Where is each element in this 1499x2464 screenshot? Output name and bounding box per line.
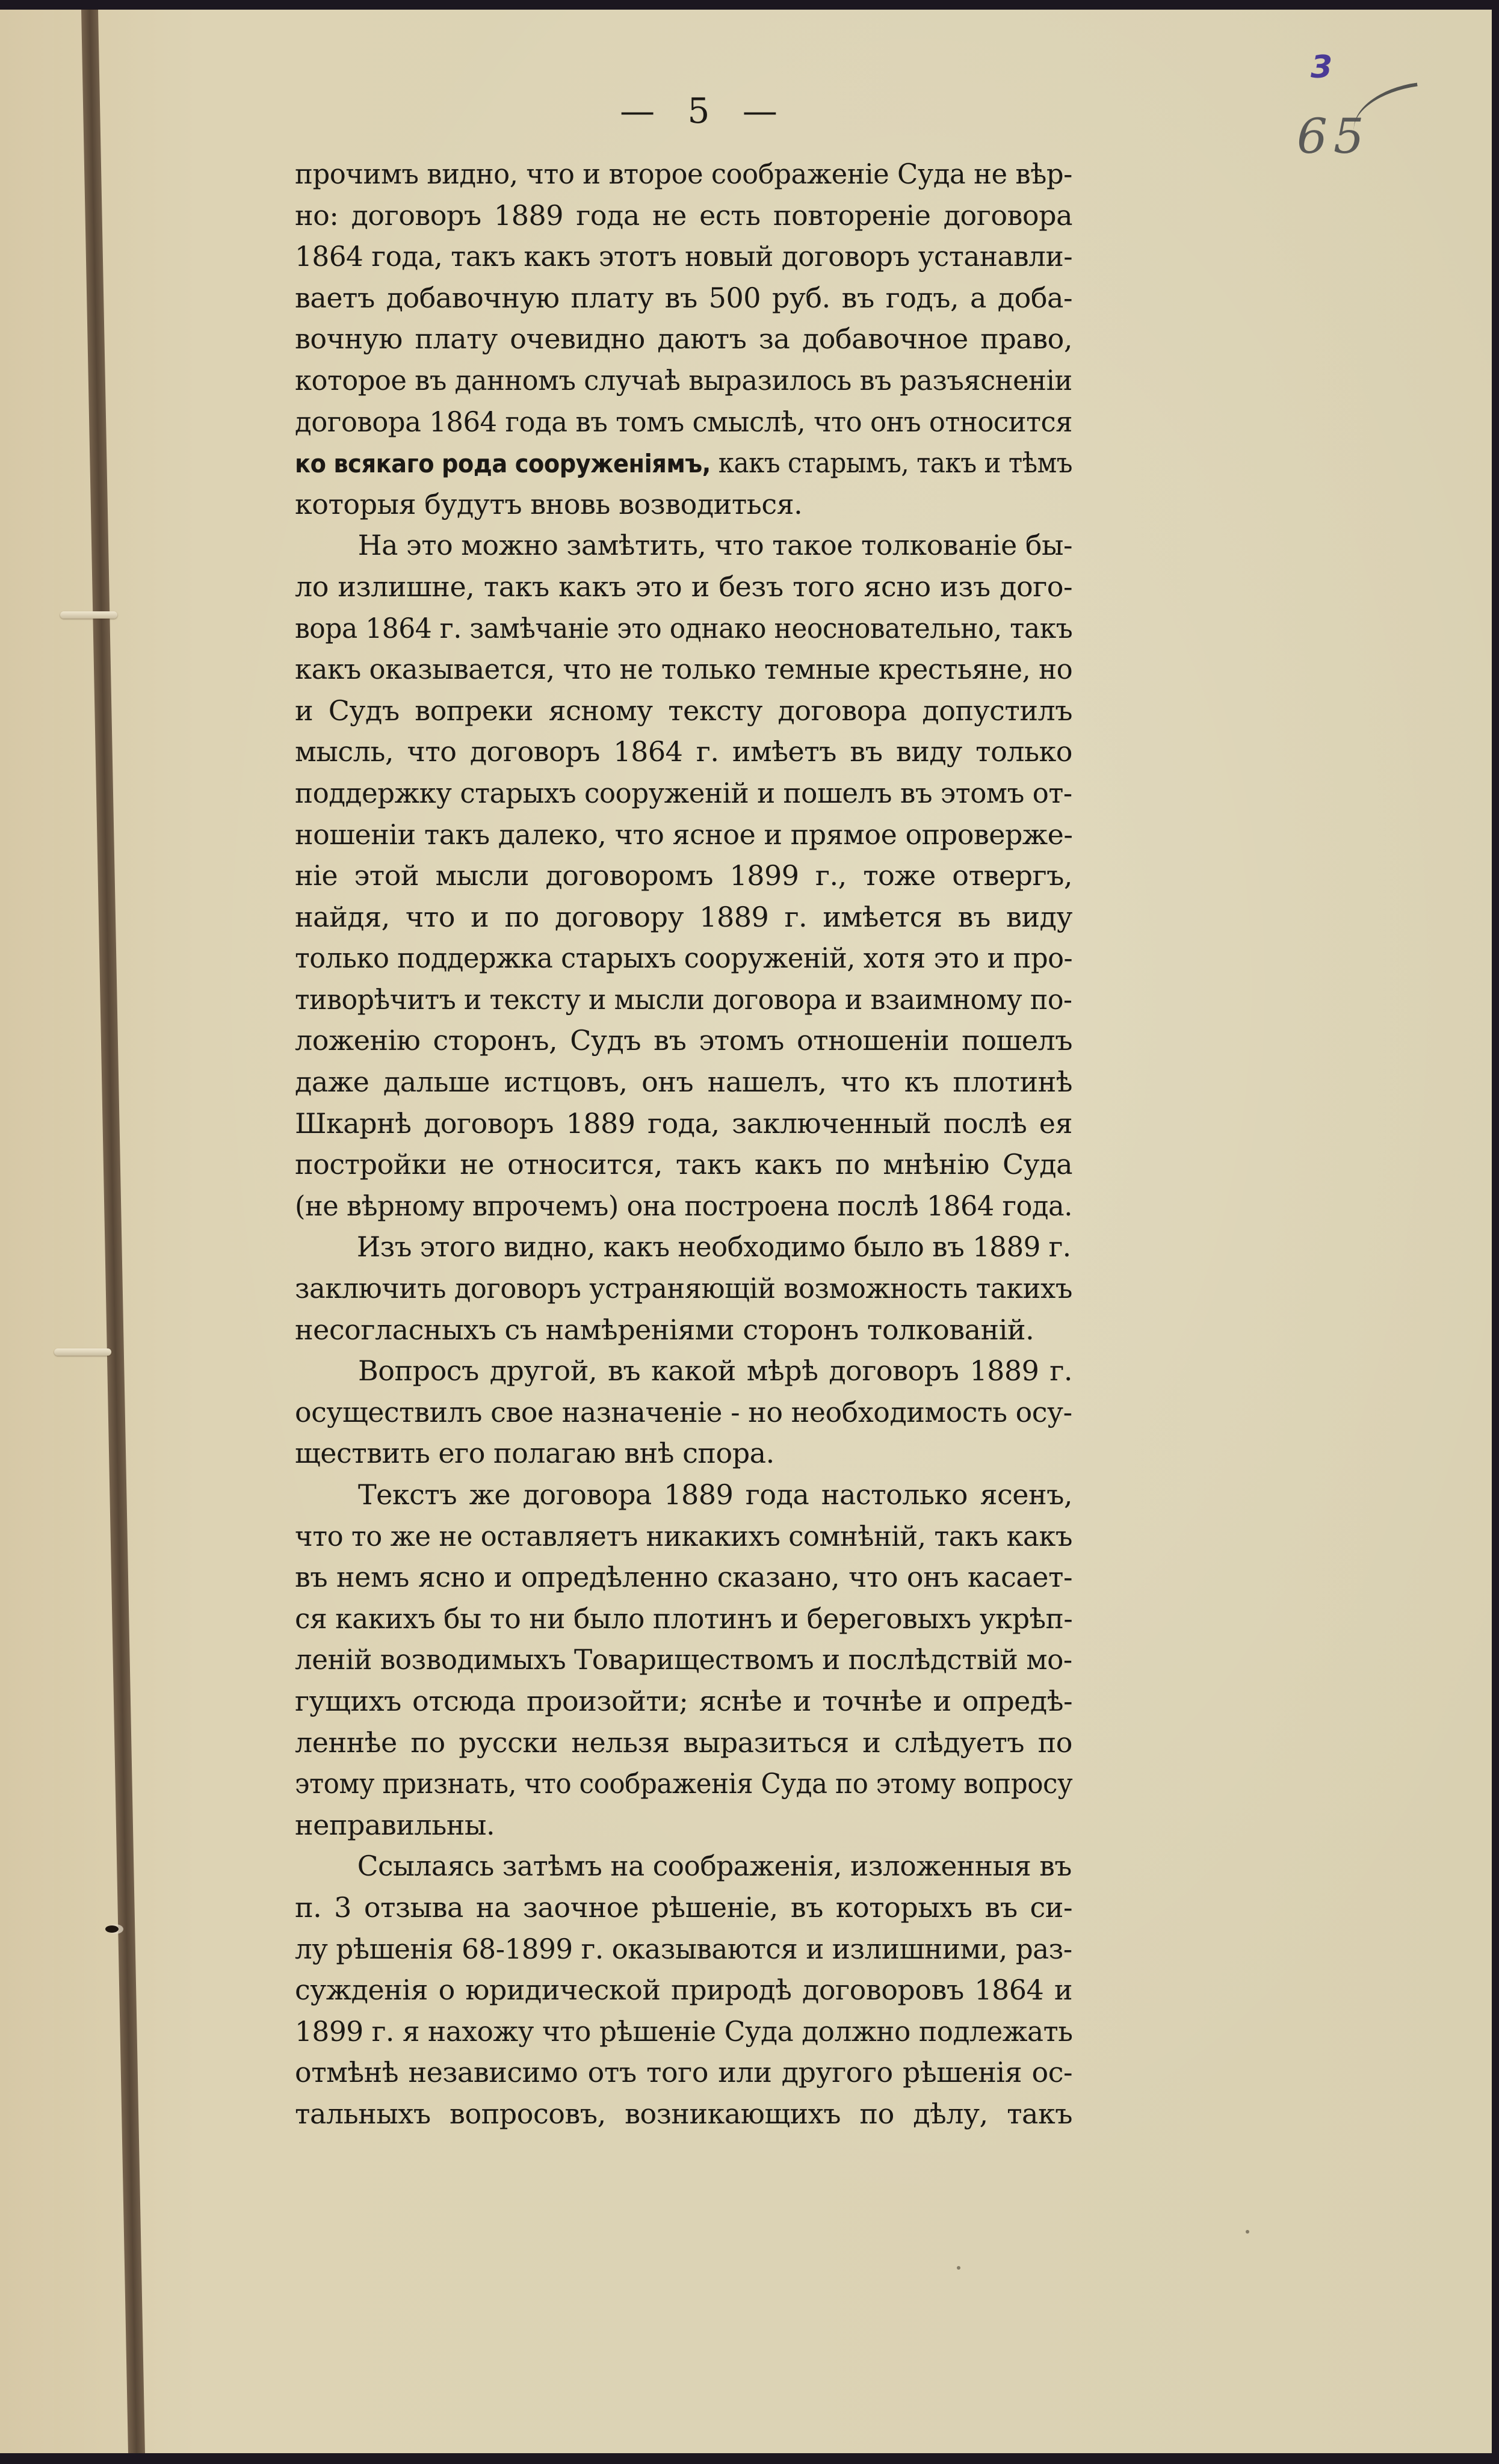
paper-speck <box>957 2266 960 2270</box>
text-line: ществить его полагаю внѣ спора. <box>295 1433 1072 1474</box>
line-text: Ссылаясь затѣмъ на соображенiя, изложенн… <box>357 1850 1072 1882</box>
line-text: которыя будутъ вновь возводиться. <box>295 488 802 520</box>
text-line: вочную плату очевидно даютъ за добавочно… <box>295 318 1072 360</box>
text-line: Изъ этого видно, какъ необходимо было въ… <box>295 1226 1056 1268</box>
line-text: найдя, что и по договору 1889 г. имѣется… <box>295 901 1072 933</box>
text-line: которое въ данномъ случаѣ выразилось въ … <box>295 360 1052 401</box>
paper-speck <box>1246 2230 1249 2234</box>
line-text: ношенiи такъ далеко, что ясное и прямое … <box>295 818 1072 851</box>
text-line: ложенiю сторонъ, Судъ въ этомъ отношенiи… <box>295 1020 1072 1061</box>
text-line: поддержку старыхъ сооруженiй и пошелъ въ… <box>295 773 1058 814</box>
line-text: какъ старымъ, такъ и тѣмъ <box>711 446 1072 479</box>
line-text: ществить его полагаю внѣ спора. <box>295 1437 774 1469</box>
text-line: найдя, что и по договору 1889 г. имѣется… <box>295 897 1072 938</box>
binding-spine <box>81 10 145 2453</box>
line-text: и Судъ вопреки ясному тексту договора до… <box>295 694 1072 727</box>
line-text: ложенiю сторонъ, Судъ въ этомъ отношенiи… <box>295 1024 1072 1057</box>
line-text: Вопросъ другой, въ какой мѣрѣ договоръ 1… <box>358 1354 1072 1387</box>
text-line: ся какихъ бы то ни было плотинъ и берего… <box>295 1598 1064 1640</box>
text-line: и Судъ вопреки ясному тексту договора до… <box>295 690 1072 732</box>
line-text: ло излишне, такъ какъ это и безъ того яс… <box>295 570 1072 603</box>
text-line: заключить договоръ устраняющiй возможнос… <box>295 1268 1052 1309</box>
line-text: На это можно замѣтить, что такое толкова… <box>358 529 1072 561</box>
text-line: ло излишне, такъ какъ это и безъ того яс… <box>295 566 1072 608</box>
punch-hole <box>105 1925 119 1933</box>
text-line: что то же не оставляетъ никакихъ сомнѣнi… <box>295 1516 1054 1557</box>
text-line: Текстъ же договора 1889 года настолько я… <box>295 1474 1072 1516</box>
line-text: которое въ данномъ случаѣ выразилось въ … <box>295 364 1072 397</box>
emphasized-phrase: ко всякаго рода сооруженiямъ, <box>295 449 711 478</box>
text-line: гущихъ отсюда произойти; яснѣе и точнѣе … <box>295 1681 1072 1722</box>
text-line: На это можно замѣтить, что такое толкова… <box>295 525 1070 566</box>
binding-thread-lower <box>54 1348 111 1356</box>
text-line: нiе этой мысли договоромъ 1899 г., тоже … <box>295 855 1072 897</box>
line-text: заключить договоръ устраняющiй возможнос… <box>295 1272 1072 1305</box>
text-line: Ссылаясь затѣмъ на соображенiя, изложенн… <box>295 1845 1063 1887</box>
text-line: ко всякаго рода сооруженiямъ, какъ стары… <box>295 442 1005 484</box>
text-line: ваетъ добавочную плату въ 500 руб. въ го… <box>295 277 1072 319</box>
line-text: тальныхъ вопросовъ, возникающихъ по дѣлу… <box>295 2098 1072 2130</box>
text-line: но: договоръ 1889 года не есть повторенi… <box>295 195 1072 236</box>
line-text: осуществилъ свое назначенiе - но необход… <box>295 1396 1072 1428</box>
text-line: отмѣнѣ независимо отъ того или другого р… <box>295 2052 1072 2093</box>
scan-frame-right <box>1492 0 1499 2464</box>
line-text: нiе этой мысли договоромъ 1899 г., тоже … <box>295 859 1072 892</box>
text-line: Шкарнѣ договоръ 1889 года, заключенный п… <box>295 1103 1072 1144</box>
line-text: договора 1864 года въ томъ смыслѣ, что о… <box>295 406 1072 438</box>
line-text: что то же не оставляетъ никакихъ сомнѣнi… <box>295 1520 1072 1552</box>
text-line: договора 1864 года въ томъ смыслѣ, что о… <box>295 401 1055 443</box>
line-text: даже дальше истцовъ, онъ нашелъ, что къ … <box>295 1066 1072 1098</box>
text-line: 1864 года, такъ какъ этотъ новый договор… <box>295 236 1061 277</box>
folio-number-stamp: 3 <box>1311 49 1332 85</box>
text-line: тальныхъ вопросовъ, возникающихъ по дѣлу… <box>295 2093 1072 2135</box>
line-text: только поддержка старыхъ сооруженiй, хот… <box>295 942 1072 974</box>
line-text: Изъ этого видно, какъ необходимо было въ… <box>357 1230 1071 1263</box>
text-line: ношенiи такъ далеко, что ясное и прямое … <box>295 814 1072 856</box>
line-text: 1899 г. я нахожу что рѣшенiе Суда должно… <box>295 2015 1073 2048</box>
text-line: прочимъ видно, что и второе соображенiе … <box>295 153 1054 195</box>
text-line: неправильны. <box>295 1805 1072 1846</box>
scan-frame-bottom <box>0 2453 1499 2464</box>
text-line: тиворѣчитъ и тексту и мысли договора и в… <box>295 979 1043 1020</box>
text-line: этому признать, что соображенiя Суда по … <box>295 1763 1033 1805</box>
text-line: Вопросъ другой, въ какой мѣрѣ договоръ 1… <box>295 1350 1072 1392</box>
text-line: которыя будутъ вновь возводиться. <box>295 484 1072 525</box>
text-line: (не вѣрному впрочемъ) она построена посл… <box>295 1185 1051 1227</box>
line-text: сужденiя о юридической природѣ договоров… <box>295 1974 1072 2006</box>
line-text: (не вѣрному впрочемъ) она построена посл… <box>295 1190 1072 1222</box>
text-line: вора 1864 г. замѣчанiе это однако неосно… <box>295 608 1039 649</box>
text-line: сужденiя о юридической природѣ договоров… <box>295 1969 1072 2011</box>
line-text: Текстъ же договора 1889 года настолько я… <box>358 1478 1072 1511</box>
text-line: только поддержка старыхъ сооруженiй, хот… <box>295 937 1051 979</box>
line-text: ваетъ добавочную плату въ 500 руб. въ го… <box>295 282 1072 314</box>
scan-frame-top <box>0 0 1499 10</box>
line-text: 1864 года, такъ какъ этотъ новый договор… <box>295 240 1072 273</box>
line-text: этому признать, что соображенiя Суда по … <box>295 1767 1072 1800</box>
text-line: 1899 г. я нахожу что рѣшенiе Суда должно… <box>295 2011 1063 2052</box>
line-text: вочную плату очевидно даютъ за добавочно… <box>295 323 1072 355</box>
line-text: ся какихъ бы то ни было плотинъ и берего… <box>295 1602 1072 1635</box>
binding-thread-upper <box>60 611 117 619</box>
line-text: тиворѣчитъ и тексту и мысли договора и в… <box>295 983 1072 1016</box>
text-line: леннѣе по русски нельзя выразиться и слѣ… <box>295 1722 1072 1764</box>
text-line: постройки не относится, такъ какъ по мнѣ… <box>295 1144 1072 1185</box>
line-text: отмѣнѣ независимо отъ того или другого р… <box>295 2056 1072 2089</box>
line-text: Шкарнѣ договоръ 1889 года, заключенный п… <box>295 1107 1072 1140</box>
body-text: прочимъ видно, что и второе соображенiе … <box>295 153 1072 2135</box>
text-line: даже дальше истцовъ, онъ нашелъ, что къ … <box>295 1061 1072 1103</box>
line-text: мысль, что договоръ 1864 г. имѣетъ въ ви… <box>295 735 1072 768</box>
line-text: въ немъ ясно и опредѣленно сказано, что … <box>295 1561 1072 1593</box>
line-text: прочимъ видно, что и второе соображенiе … <box>295 158 1072 190</box>
line-text: несогласныхъ съ намѣренiями сторонъ толк… <box>295 1314 1034 1346</box>
text-line: какъ оказывается, что не только темные к… <box>295 649 1055 690</box>
text-line: мысль, что договоръ 1864 г. имѣетъ въ ви… <box>295 731 1072 773</box>
line-text: неправильны. <box>295 1809 495 1841</box>
text-line: лу рѣшенiя 68-1899 г. оказываются и изли… <box>295 1928 1060 1970</box>
text-line: осуществилъ свое назначенiе - но необход… <box>295 1392 1072 1433</box>
line-text: п. 3 отзыва на заочное рѣшенiе, въ котор… <box>295 1891 1072 1924</box>
line-text: ленiй возводимыхъ Товариществомъ и послѣ… <box>295 1643 1072 1676</box>
line-text: лу рѣшенiя 68-1899 г. оказываются и изли… <box>295 1933 1072 1965</box>
line-text: гущихъ отсюда произойти; яснѣе и точнѣе … <box>295 1685 1072 1717</box>
line-text: какъ оказывается, что не только темные к… <box>295 653 1072 685</box>
page-number: — 5 — <box>614 90 794 131</box>
line-text: леннѣе по русски нельзя выразиться и слѣ… <box>295 1726 1072 1759</box>
text-line: въ немъ ясно и опредѣленно сказано, что … <box>295 1557 1072 1598</box>
text-line: п. 3 отзыва на заочное рѣшенiе, въ котор… <box>295 1887 1072 1928</box>
text-line: ленiй возводимыхъ Товариществомъ и послѣ… <box>295 1639 1060 1681</box>
text-line: несогласныхъ съ намѣренiями сторонъ толк… <box>295 1309 1072 1351</box>
line-text: но: договоръ 1889 года не есть повторенi… <box>295 199 1072 232</box>
line-text: вора 1864 г. замѣчанiе это однако неосно… <box>295 612 1072 644</box>
line-text: постройки не относится, такъ какъ по мнѣ… <box>295 1148 1072 1181</box>
line-text: поддержку старыхъ сооруженiй и пошелъ въ… <box>295 777 1072 809</box>
